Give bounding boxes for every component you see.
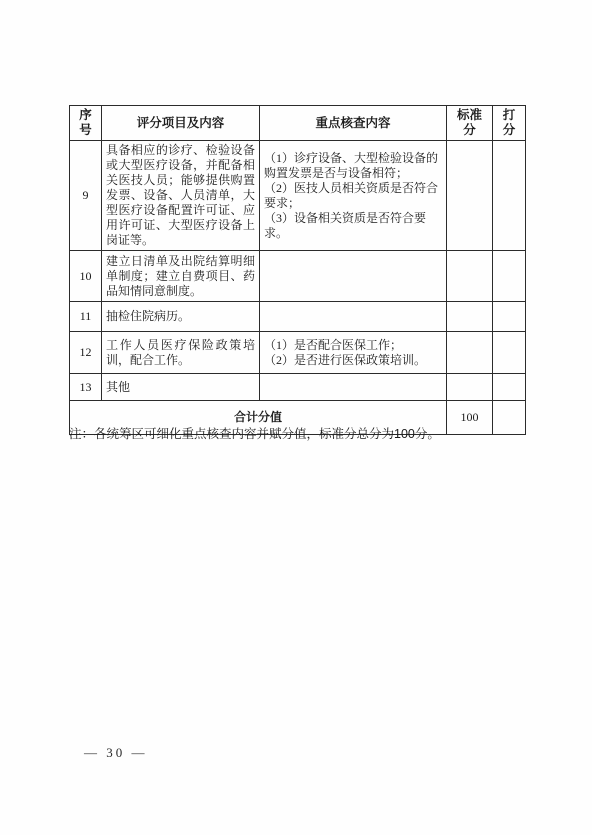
cell-score [493,332,526,374]
cell-no: 11 [70,302,102,332]
header-standard: 标准分 [447,106,493,141]
cell-standard [447,251,493,302]
cell-check: （1）诊疗设备、大型检验设备的购置发票是否与设备相符； （2）医技人员相关资质是… [260,141,447,251]
cell-score [493,374,526,401]
cell-item: 其他 [102,374,260,401]
table-row: 10 建立日清单及出院结算明细单制度；建立自费项目、药品知情同意制度。 [70,251,526,302]
cell-score [493,251,526,302]
cell-item: 抽检住院病历。 [102,302,260,332]
table-row: 13 其他 [70,374,526,401]
cell-standard [447,332,493,374]
table-row: 11 抽检住院病历。 [70,302,526,332]
cell-no: 12 [70,332,102,374]
header-check: 重点核查内容 [260,106,447,141]
page-number: — 30 — [84,745,148,761]
cell-item: 工作人员医疗保险政策培训，配合工作。 [102,332,260,374]
cell-check [260,302,447,332]
table-row: 9 具备相应的诊疗、检验设备或大型医疗设备，并配备相关医技人员；能够提供购置发票… [70,141,526,251]
cell-score [493,141,526,251]
cell-check [260,251,447,302]
cell-check [260,374,447,401]
score-table: 序号 评分项目及内容 重点核查内容 标准分 打分 9 具备相应的诊疗、检验设备或… [69,105,526,435]
header-score: 打分 [493,106,526,141]
cell-standard [447,374,493,401]
cell-no: 9 [70,141,102,251]
cell-standard [447,141,493,251]
cell-item: 建立日清单及出院结算明细单制度；建立自费项目、药品知情同意制度。 [102,251,260,302]
header-item: 评分项目及内容 [102,106,260,141]
cell-no: 13 [70,374,102,401]
cell-score [493,302,526,332]
document-page: 序号 评分项目及内容 重点核查内容 标准分 打分 9 具备相应的诊疗、检验设备或… [0,0,592,835]
table-header-row: 序号 评分项目及内容 重点核查内容 标准分 打分 [70,106,526,141]
cell-item: 具备相应的诊疗、检验设备或大型医疗设备，并配备相关医技人员；能够提供购置发票、设… [102,141,260,251]
cell-no: 10 [70,251,102,302]
cell-standard [447,302,493,332]
cell-check: （1）是否配合医保工作； （2）是否进行医保政策培训。 [260,332,447,374]
header-no: 序号 [70,106,102,141]
footnote: 注：各统筹区可细化重点核查内容并赋分值，标准分总分为100分。 [69,426,539,442]
table-row: 12 工作人员医疗保险政策培训，配合工作。 （1）是否配合医保工作； （2）是否… [70,332,526,374]
